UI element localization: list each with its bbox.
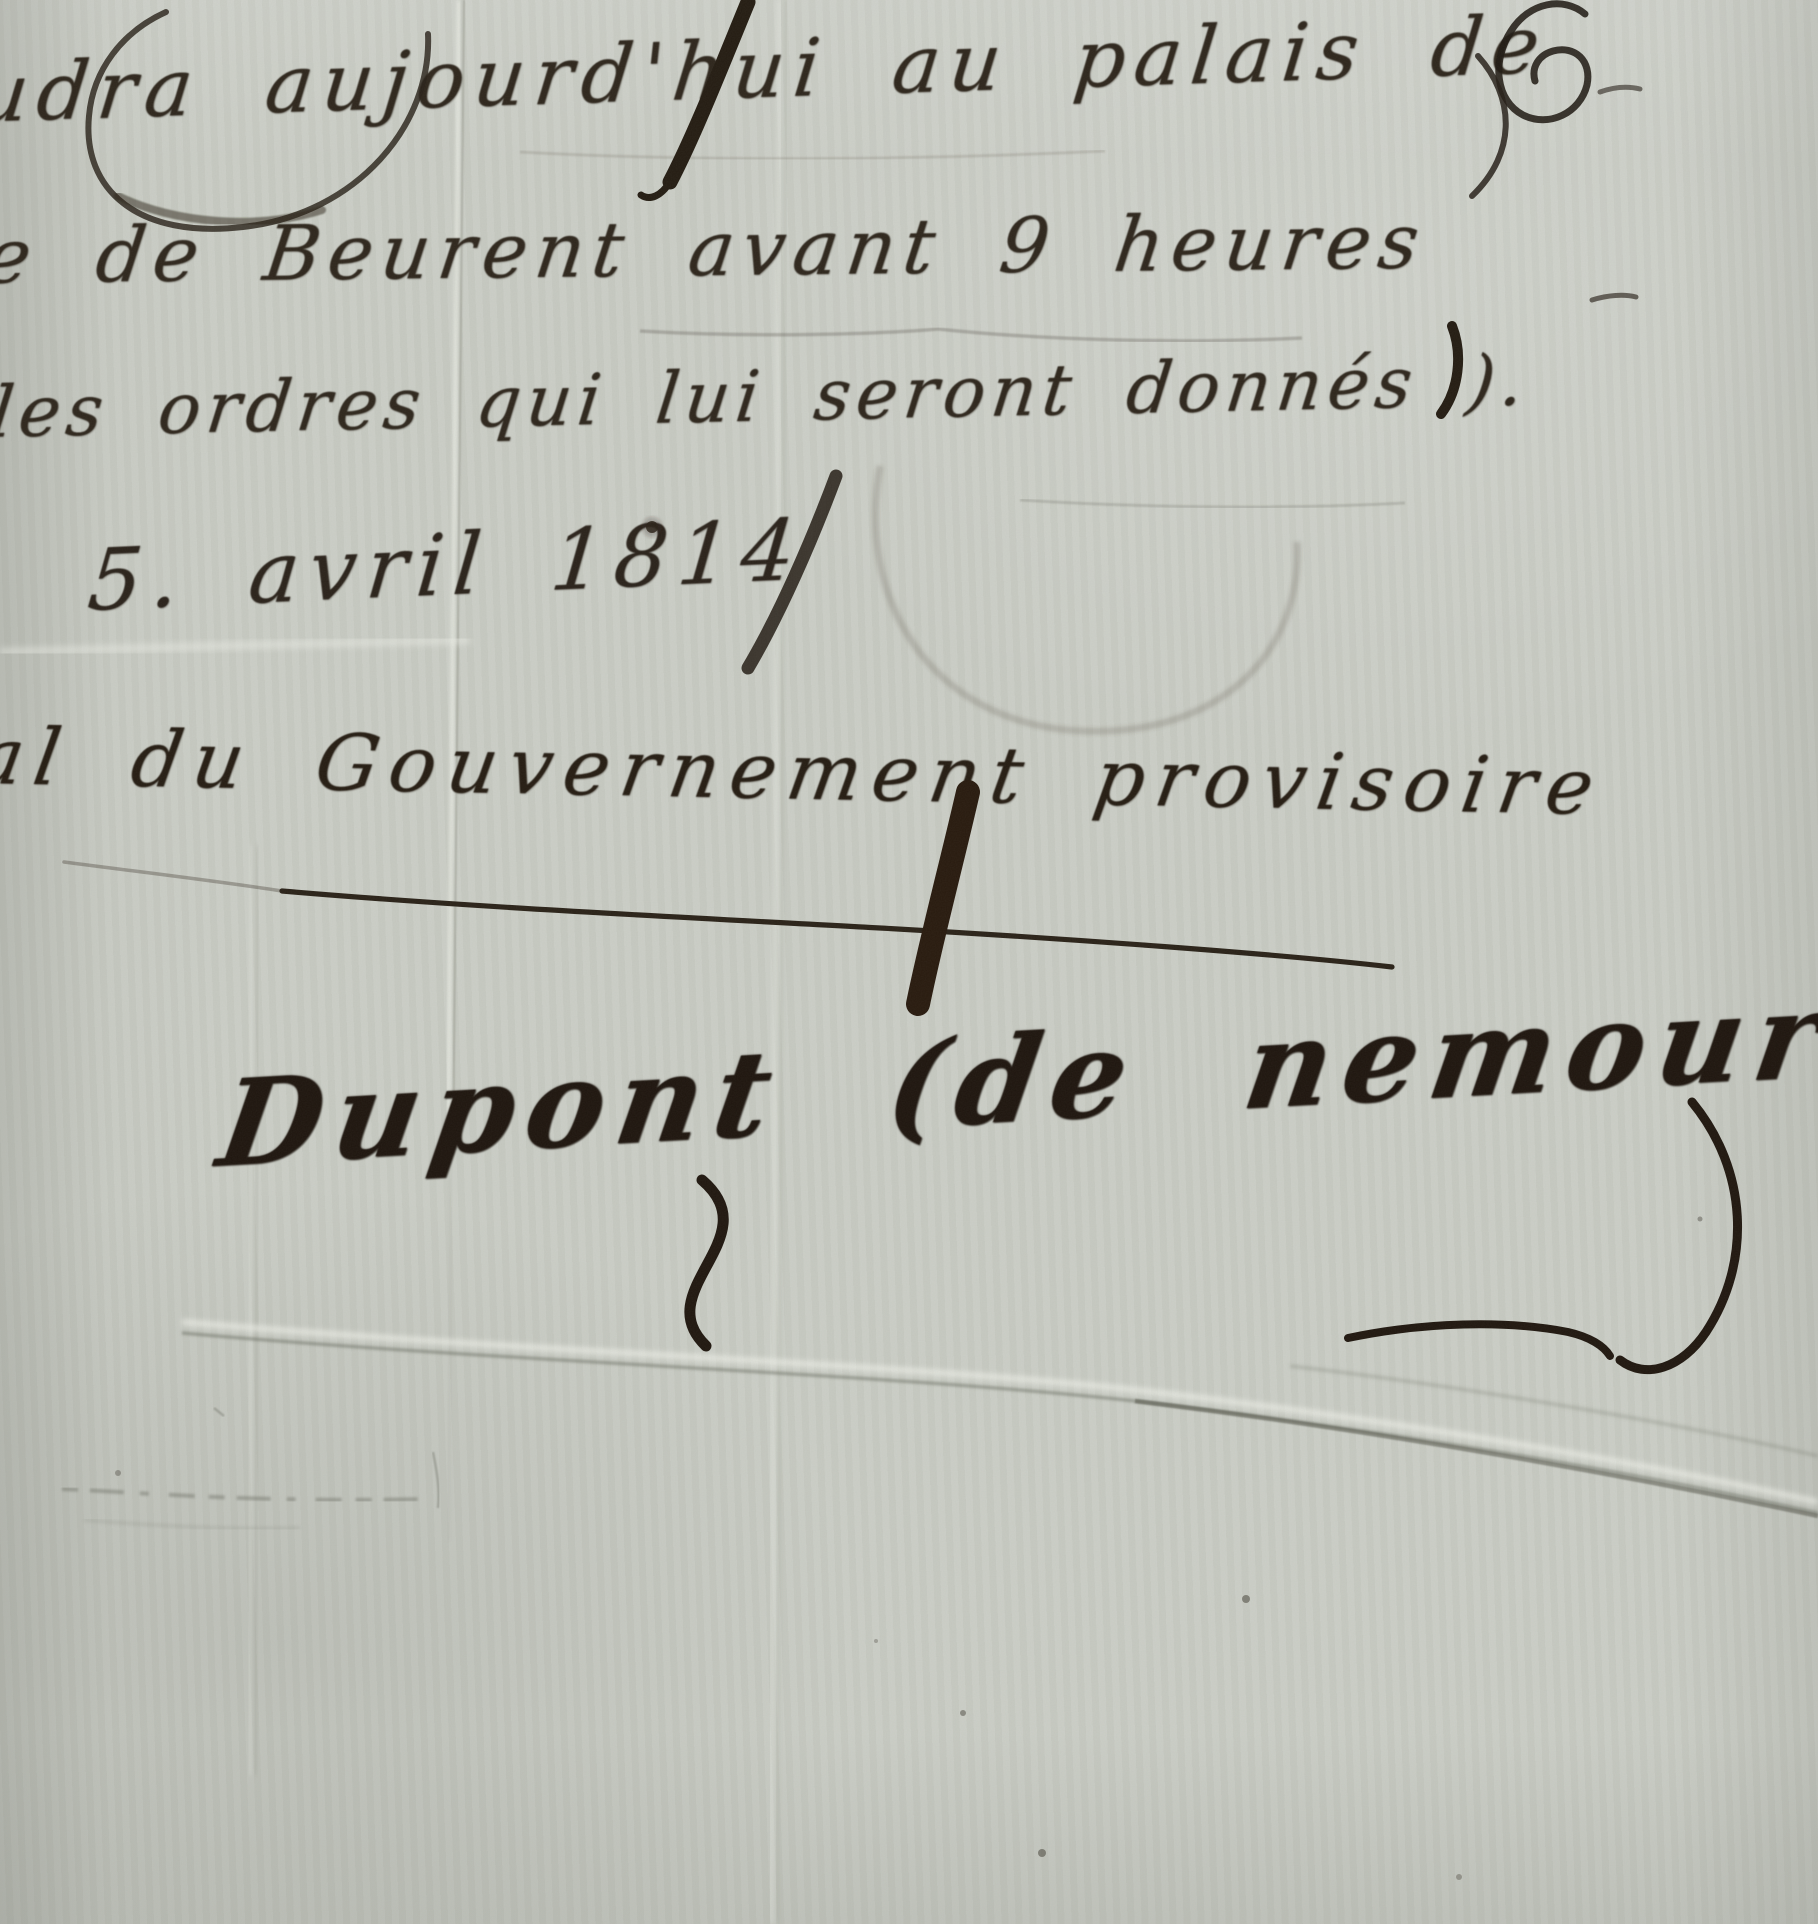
handwriting-line-1: udra aujourd'hui au palais de — [0, 0, 1553, 141]
manuscript-photo: udra aujourd'hui au palais de e de Beure… — [0, 0, 1818, 1924]
handwriting-line-gouvernement-provisoire: al du Gouvernement provisoire — [0, 712, 1611, 833]
handwriting-line-date: 5. avril 1814 — [84, 500, 810, 630]
provisoire-p-descender-stroke — [918, 792, 968, 1004]
provisoire-underline-stroke — [64, 862, 1392, 967]
handwriting-line-3: les ordres qui lui seront donnés ). — [0, 340, 1534, 454]
pencil-smudge — [62, 1408, 439, 1529]
signature-dupont-de-nemours: Dupont (de nemours — [210, 959, 1818, 1194]
horizontal-fold-crease — [182, 1322, 1818, 1516]
handwriting-line-2: e de Beurent avant 9 heures — [0, 197, 1432, 301]
ink-specks — [115, 1217, 1703, 1881]
signature-underline — [1348, 1324, 1610, 1356]
faint-ink-arc — [876, 466, 1298, 731]
